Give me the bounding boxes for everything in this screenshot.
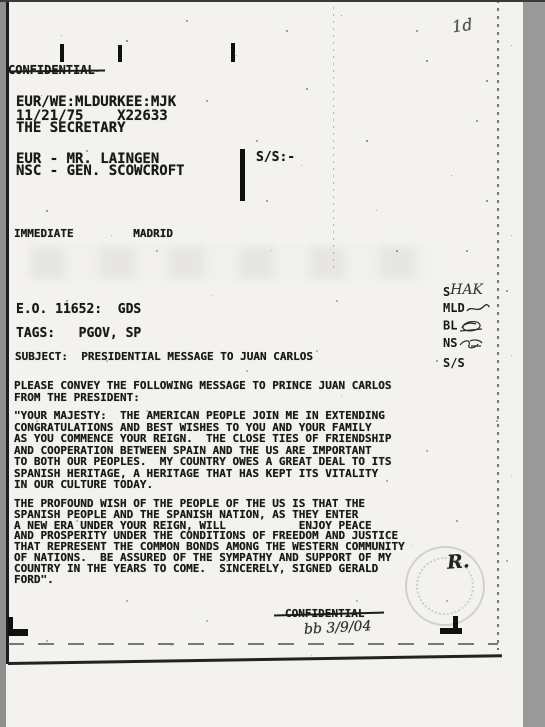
scanned-telegram-page: CONFIDENTIAL 1d EUR/WE:MLDURKEE:MJK 11/2… xyxy=(6,0,523,727)
margin-clearance-ss: S/S xyxy=(443,356,465,370)
handwritten-declass-note: bb 3/9/04 xyxy=(304,618,372,638)
ss-margin-bar xyxy=(240,149,245,201)
initial-scribble-icon xyxy=(466,304,490,314)
handwritten-initials: HAK xyxy=(450,282,483,298)
margin-clearance-shak: SHAK xyxy=(443,284,483,300)
from-line: THE SECRETARY xyxy=(16,120,126,136)
initial-scribble-icon xyxy=(458,318,484,334)
precedence-line: IMMEDIATE MADRID xyxy=(14,227,173,240)
corner-mark-right xyxy=(440,628,462,634)
margin-clearance-bl: BL xyxy=(443,318,484,334)
page-bottom-edge-line xyxy=(8,654,502,665)
fold-crease-line xyxy=(333,0,334,270)
registration-tick xyxy=(231,43,235,62)
registration-tick xyxy=(118,45,122,62)
tags-line: TAGS: PGOV, SP xyxy=(16,326,141,341)
message-paragraph-2: THE PROFOUND WISH OF THE PEOPLE OF THE U… xyxy=(14,499,405,585)
message-paragraph-1: "YOUR MAJESTY: THE AMERICAN PEOPLE JOIN … xyxy=(14,410,392,491)
archive-stamp-inner-ring xyxy=(416,557,474,615)
handwritten-page-note: 1d xyxy=(451,15,474,37)
registration-tick xyxy=(60,44,64,62)
drafter-line: EUR/WE:MLDURKEE:MJK xyxy=(16,96,176,108)
erased-text-smudge xyxy=(30,246,430,280)
margin-clearance-mld: MLD xyxy=(443,301,490,315)
page-right-perforation-line xyxy=(497,0,499,650)
instruction-paragraph: PLEASE CONVEY THE FOLLOWING MESSAGE TO P… xyxy=(14,380,392,403)
corner-mark-left xyxy=(8,629,28,636)
page-bottom-dashed-line xyxy=(8,643,498,645)
page-left-edge-line xyxy=(6,0,9,664)
initial-scribble-icon xyxy=(458,337,484,351)
eo-line: E.O. 11652: GDS xyxy=(16,302,141,317)
archive-stamp xyxy=(405,546,485,626)
subject-line: SUBJECT: PRESIDENTIAL MESSAGE TO JUAN CA… xyxy=(15,350,313,363)
ss-mark: S/S:- xyxy=(256,150,295,165)
scan-top-edge xyxy=(0,0,545,2)
clearance-line-nsc: NSC - GEN. SCOWCROFT xyxy=(16,163,185,179)
margin-clearance-ns: NS xyxy=(443,336,484,351)
